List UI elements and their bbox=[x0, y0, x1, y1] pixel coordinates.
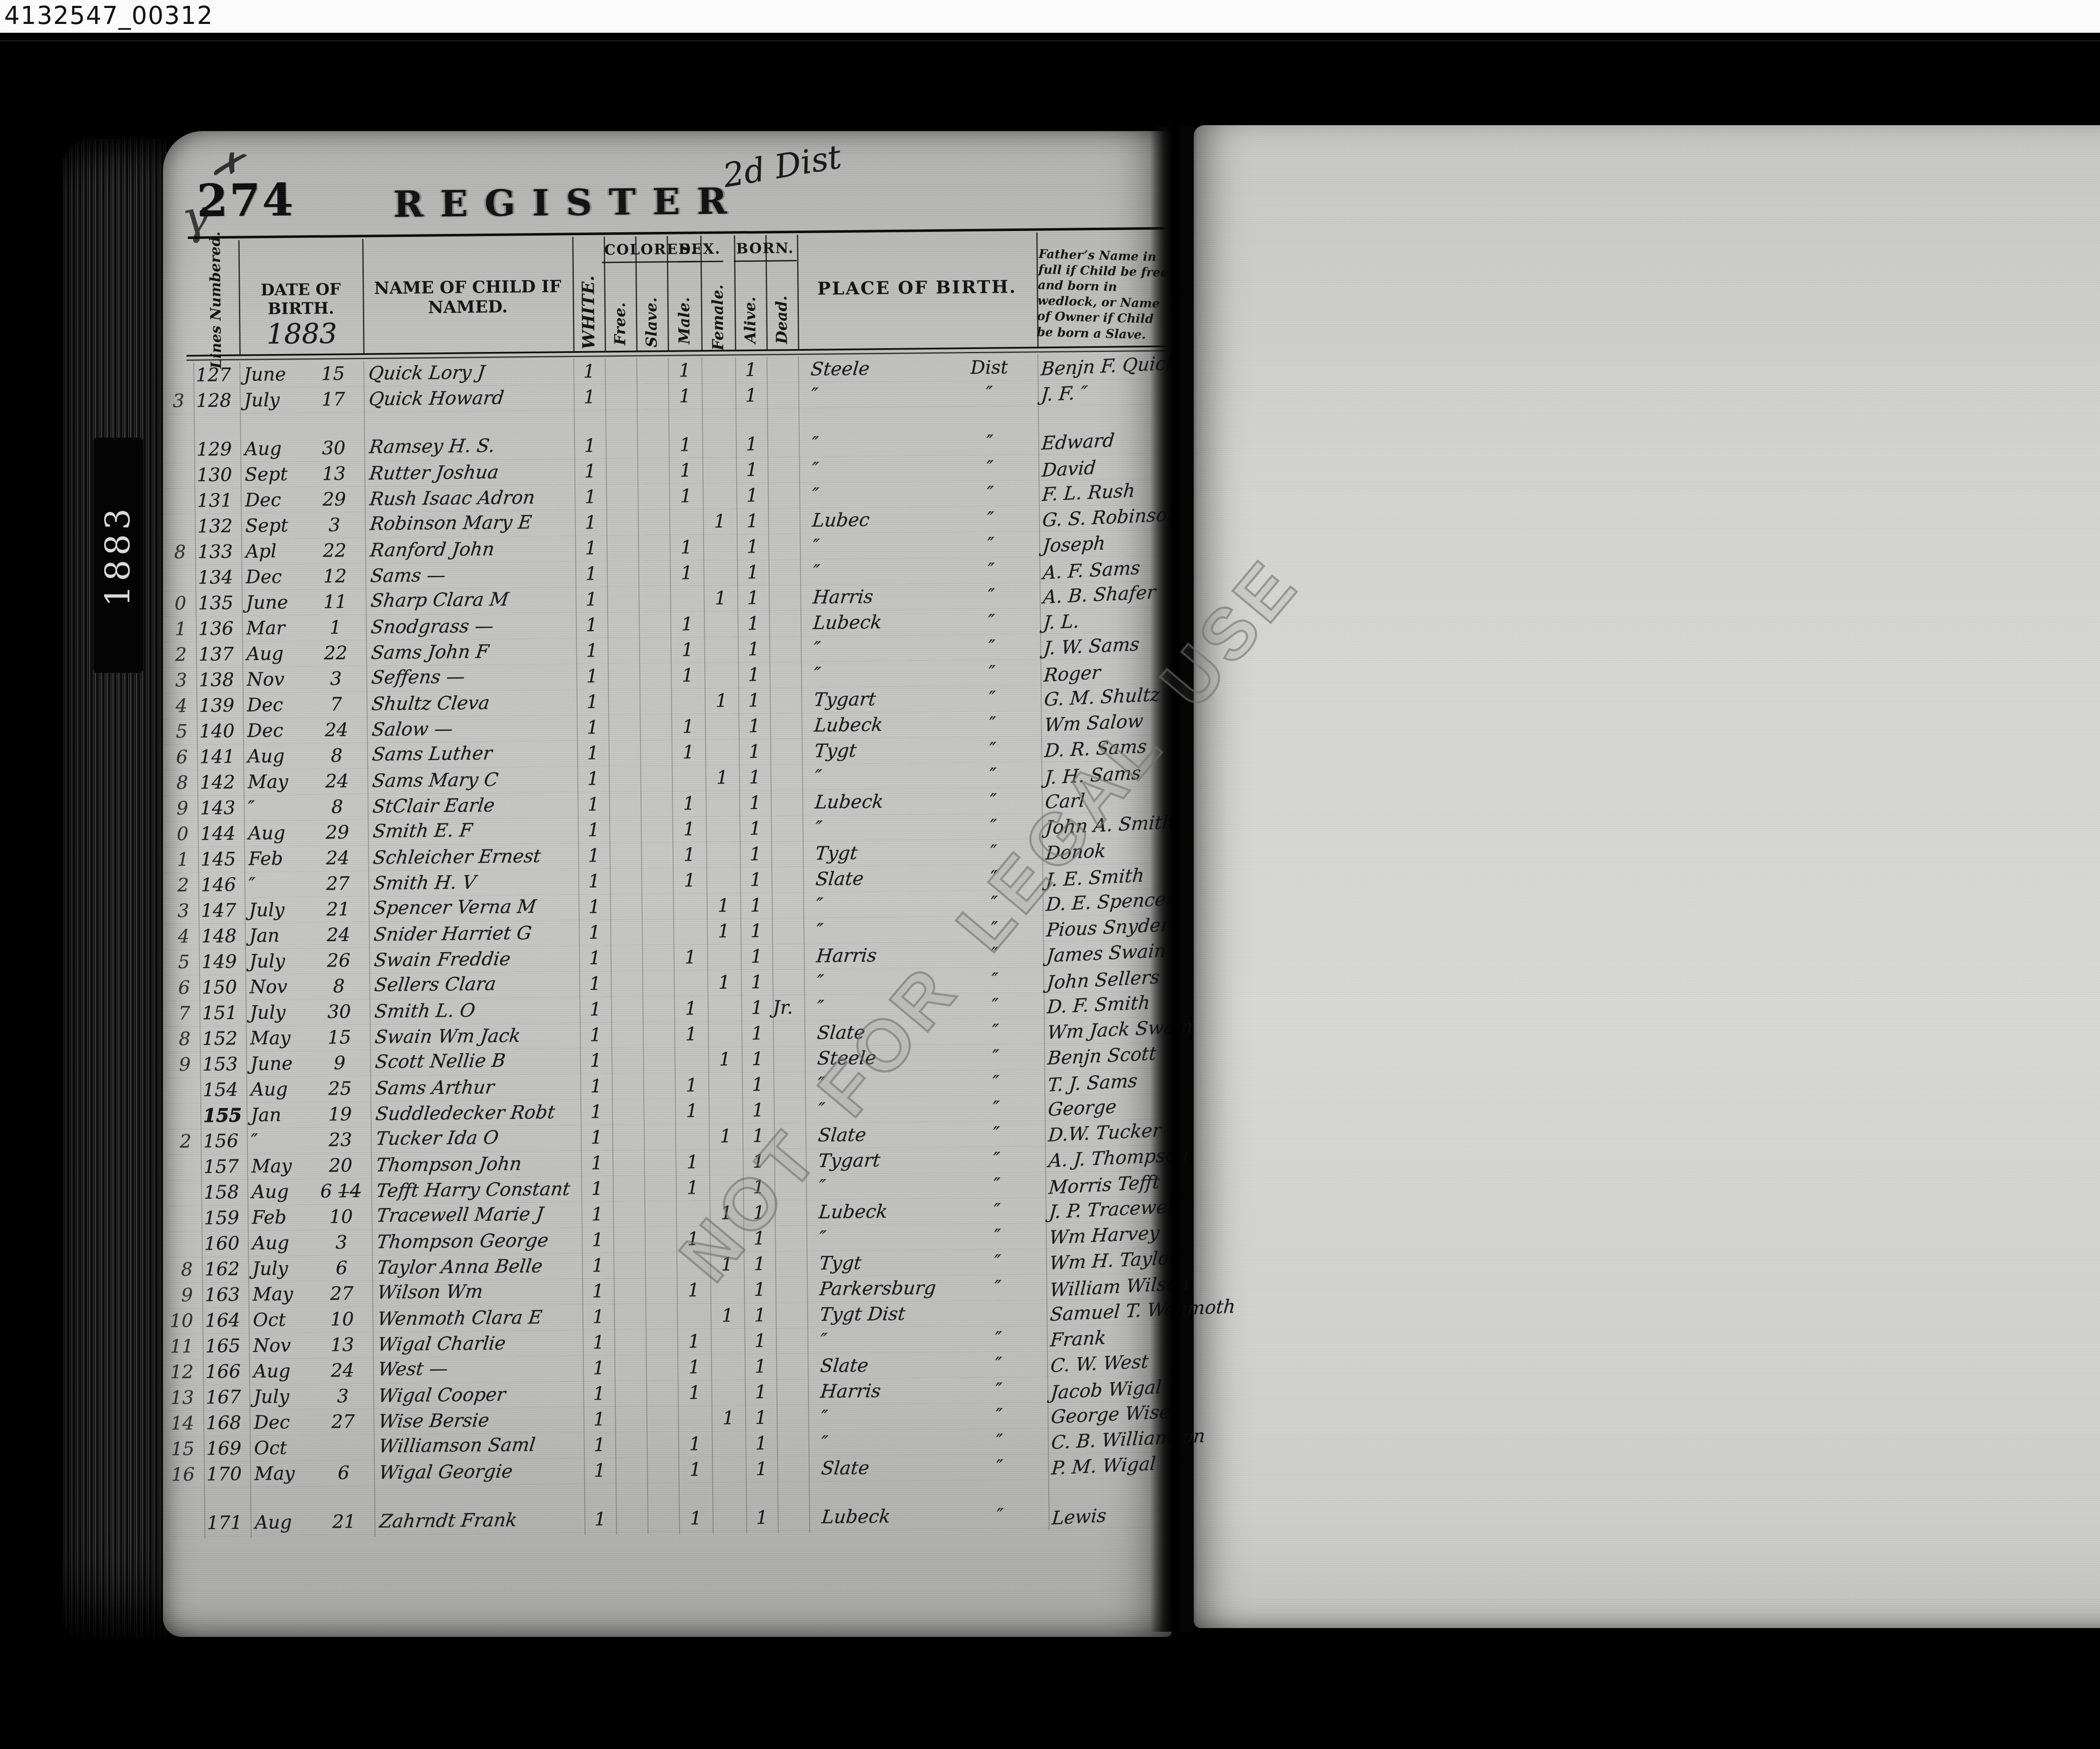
cell-dead-mark bbox=[771, 828, 803, 828]
cell-place-district: ″ bbox=[944, 712, 1041, 735]
cell-male-mark: 1 bbox=[675, 1074, 708, 1096]
cell-female-mark bbox=[709, 1162, 743, 1162]
cell-white-mark: 1 bbox=[583, 1357, 614, 1379]
cell-child-name: Rutter Joshua bbox=[363, 461, 576, 484]
cell-alive-mark: 1 bbox=[739, 741, 770, 763]
cell-place-of-birth: ″ bbox=[803, 995, 948, 1018]
cell-place-district: ″ bbox=[944, 661, 1040, 683]
cell-place-of-birth: Tygt Dist bbox=[806, 1303, 951, 1326]
cell-place-district: ″ bbox=[944, 687, 1041, 709]
cell-female-mark bbox=[710, 1239, 743, 1239]
cell-dead-mark bbox=[778, 1517, 809, 1518]
cell-place-of-birth: Tygt bbox=[802, 842, 947, 864]
cell-slave-mark bbox=[643, 1008, 674, 1009]
cell-male-mark bbox=[670, 599, 704, 599]
cell-alive-mark: 1 bbox=[735, 385, 767, 407]
cell-line-number: 154 bbox=[200, 1079, 247, 1101]
cell-male-mark: 1 bbox=[668, 385, 702, 407]
margin-line-number: 16 bbox=[170, 1464, 204, 1486]
cell-place-district: ″ bbox=[950, 1250, 1046, 1273]
male-column-header: Male. bbox=[675, 297, 693, 344]
cell-slave-mark bbox=[647, 1470, 679, 1470]
cell-male-mark bbox=[673, 906, 707, 906]
cell-male-mark: 1 bbox=[674, 998, 708, 1019]
cell-free-mark bbox=[611, 1009, 643, 1009]
cell-male-mark: 1 bbox=[669, 460, 702, 481]
cell-place-of-birth: Lubeck bbox=[808, 1505, 953, 1528]
cell-male-mark: 1 bbox=[670, 562, 703, 584]
cell-line-number: 160 bbox=[202, 1233, 248, 1255]
cell-slave-mark bbox=[646, 1418, 678, 1419]
cell-line-number: 148 bbox=[199, 925, 245, 947]
cell-place-district: ″ bbox=[942, 482, 1039, 504]
cell-slave-mark bbox=[639, 624, 670, 625]
cell-male-mark: 1 bbox=[669, 536, 703, 558]
cell-place-district: ″ bbox=[941, 382, 1038, 404]
cell-white-mark: 1 bbox=[576, 665, 608, 687]
cell-white-mark: 1 bbox=[579, 947, 611, 969]
cell-place-of-birth: ″ bbox=[800, 637, 945, 659]
cell-white-mark: 1 bbox=[582, 1255, 614, 1276]
cell-birth-day: 1 bbox=[305, 617, 366, 638]
cell-female-mark bbox=[702, 396, 735, 396]
cell-child-name: Salow — bbox=[366, 717, 578, 741]
cell-free-mark bbox=[614, 1342, 646, 1342]
cell-child-name: Snodgrass — bbox=[365, 615, 577, 638]
cell-child-name: Wigal Georgie bbox=[373, 1460, 585, 1484]
margin-line-number: 1 bbox=[164, 849, 198, 871]
cell-birth-month: Nov bbox=[249, 1334, 312, 1356]
cell-female-mark bbox=[703, 496, 736, 496]
cell-alive-mark: 1 bbox=[743, 1202, 774, 1224]
margin-line-number: 3 bbox=[163, 670, 196, 691]
cell-free-mark bbox=[613, 1214, 645, 1214]
cell-birth-month: Aug bbox=[243, 745, 306, 767]
cell-line-number: 168 bbox=[203, 1412, 249, 1434]
cell-line-number: 149 bbox=[199, 951, 245, 973]
cell-female-mark bbox=[713, 1518, 746, 1518]
cell-place-district: ″ bbox=[942, 456, 1038, 478]
cell-slave-mark bbox=[645, 1239, 676, 1240]
cell-free-mark bbox=[607, 573, 638, 574]
cell-female-mark: 1 bbox=[705, 767, 739, 788]
cell-birth-day: 24 bbox=[308, 924, 369, 946]
cell-slave-mark bbox=[644, 1162, 675, 1163]
cell-male-mark bbox=[669, 522, 703, 522]
cell-dead-mark bbox=[769, 597, 801, 598]
cell-place-district: ″ bbox=[946, 866, 1042, 888]
cell-free-mark bbox=[614, 1368, 646, 1368]
cell-male-mark: 1 bbox=[677, 1356, 711, 1378]
cell-female-mark bbox=[709, 1187, 743, 1188]
cell-male-mark: 1 bbox=[671, 639, 704, 661]
cell-birth-day: 15 bbox=[309, 1027, 370, 1048]
book-gutter bbox=[1150, 126, 1197, 1632]
cell-free-mark bbox=[610, 906, 642, 907]
scan-artifact-line bbox=[0, 40, 2100, 41]
cell-free-mark bbox=[606, 548, 638, 548]
cell-child-name: Sellers Clara bbox=[368, 972, 581, 996]
cell-alive-mark: 1 bbox=[737, 587, 769, 609]
cell-white-mark: 1 bbox=[574, 435, 606, 457]
cell-birth-day: 9 bbox=[309, 1052, 370, 1074]
cell-child-name: West — bbox=[372, 1357, 585, 1380]
cell-free-mark bbox=[614, 1316, 646, 1317]
cell-free-mark bbox=[610, 932, 642, 932]
cell-child-name: Tefft Harry Constant bbox=[370, 1178, 583, 1202]
cell-birth-day: 30 bbox=[303, 437, 364, 459]
cell-child-name: Wilson Wm bbox=[371, 1280, 584, 1303]
cell-dead-mark bbox=[777, 1392, 808, 1392]
cell-alive-mark: 1 bbox=[735, 359, 766, 381]
cell-dead-mark bbox=[771, 802, 802, 803]
register-row: 171 Aug 21 Zahrndt Frank 1 1 1 Lubeck ″ … bbox=[171, 1501, 1179, 1536]
cell-male-mark: 1 bbox=[671, 664, 704, 686]
father-name-header: Father’s Name in full if Child be free a… bbox=[1037, 246, 1169, 343]
cell-dead-mark bbox=[774, 1084, 805, 1085]
cell-slave-mark bbox=[643, 1034, 675, 1035]
cell-line-number: 139 bbox=[197, 695, 243, 717]
cell-child-name: StClair Earle bbox=[366, 794, 579, 817]
cell-child-name: Tracewell Marie J bbox=[370, 1203, 583, 1226]
cell-alive-mark: 1 bbox=[740, 843, 771, 865]
cell-birth-month: Feb bbox=[247, 1206, 310, 1228]
cell-alive-mark: 1 bbox=[743, 1151, 774, 1173]
page-number: 274 bbox=[197, 173, 295, 226]
cell-place-of-birth: Harris bbox=[807, 1380, 952, 1402]
cell-free-mark bbox=[606, 496, 638, 497]
cell-place-district: ″ bbox=[948, 1045, 1044, 1068]
cell-birth-month: July bbox=[248, 1258, 311, 1279]
cell-male-mark: 1 bbox=[678, 1433, 712, 1455]
cell-line-number: 170 bbox=[204, 1463, 250, 1485]
cell-alive-mark: 1 bbox=[746, 1507, 777, 1529]
scan-header-strip: 4132547_00312 bbox=[0, 0, 2100, 33]
cell-dead-mark bbox=[770, 751, 802, 751]
cell-dead-mark bbox=[777, 1468, 809, 1469]
cell-male-mark: 1 bbox=[676, 1228, 710, 1250]
margin-line-number: 13 bbox=[170, 1387, 203, 1409]
cell-place-district: ″ bbox=[947, 969, 1043, 991]
cell-female-mark bbox=[704, 649, 738, 650]
cell-free-mark bbox=[610, 881, 641, 881]
margin-line-number: 3 bbox=[160, 390, 194, 412]
cell-line-number: 166 bbox=[203, 1361, 249, 1383]
cell-dead-mark bbox=[772, 956, 804, 956]
cell-free-mark bbox=[609, 778, 640, 779]
cell-slave-mark bbox=[646, 1342, 677, 1342]
cell-place-district: ″ bbox=[948, 1148, 1045, 1170]
cell-alive-mark: 1 bbox=[741, 972, 772, 993]
cell-male-mark bbox=[678, 1418, 711, 1419]
cell-birth-day: 29 bbox=[307, 822, 368, 843]
cell-alive-mark: 1 bbox=[741, 997, 773, 1019]
cell-free-mark bbox=[609, 830, 641, 830]
cell-birth-month: Feb bbox=[244, 848, 307, 869]
cell-place-of-birth: Lubec bbox=[798, 509, 943, 531]
cell-female-mark bbox=[710, 1290, 744, 1290]
cell-male-mark: 1 bbox=[674, 1023, 708, 1045]
cell-place-district: ″ bbox=[945, 789, 1042, 811]
cell-birth-day: 24 bbox=[312, 1360, 373, 1381]
margin-line-number: 4 bbox=[165, 926, 199, 948]
cell-slave-mark bbox=[646, 1393, 678, 1393]
cell-slave-mark bbox=[640, 778, 672, 778]
cell-female-mark: 1 bbox=[707, 972, 741, 993]
cell-place-of-birth: Slate bbox=[804, 1124, 949, 1146]
cell-place-of-birth: ″ bbox=[804, 1072, 949, 1095]
cell-free-mark bbox=[608, 701, 640, 702]
cell-female-mark bbox=[703, 470, 736, 470]
margin-line-number bbox=[161, 526, 195, 527]
cell-slave-mark bbox=[641, 855, 672, 855]
cell-line-number: 133 bbox=[195, 541, 241, 563]
cell-place-of-birth: Lubeck bbox=[801, 714, 945, 736]
cell-male-mark: 1 bbox=[669, 434, 702, 456]
cell-female-mark bbox=[711, 1367, 745, 1367]
cell-slave-mark bbox=[642, 906, 673, 906]
cell-line-number: 156 bbox=[201, 1130, 247, 1152]
cell-child-name: Smith H. V bbox=[367, 871, 580, 894]
cell-place-of-birth: Slate bbox=[803, 1021, 948, 1044]
cell-place-of-birth: Steele bbox=[804, 1047, 949, 1069]
cell-slave-mark bbox=[638, 496, 669, 496]
cell-line-number: 138 bbox=[196, 669, 242, 691]
cell-white-mark: 1 bbox=[575, 537, 606, 559]
cell-white-mark: 1 bbox=[575, 563, 607, 585]
cell-child-name: Sharp Clara M bbox=[365, 588, 577, 612]
cell-line-number: 150 bbox=[199, 977, 245, 998]
cell-alive-mark: 1 bbox=[745, 1458, 777, 1480]
cell-slave-mark bbox=[645, 1213, 676, 1214]
cell-male-mark: 1 bbox=[675, 1151, 709, 1173]
cell-slave-mark bbox=[642, 932, 673, 932]
cell-child-name: Sams Luther bbox=[366, 742, 578, 765]
cell-place-of-birth: ″ bbox=[802, 893, 947, 916]
cell-birth-day: 6 bbox=[311, 1257, 372, 1279]
cell-birth-day: 3 bbox=[311, 1232, 372, 1253]
cell-place-district: ″ bbox=[944, 636, 1040, 658]
cell-line-number: 140 bbox=[197, 720, 243, 742]
cell-white-mark: 1 bbox=[580, 998, 611, 1020]
cell-slave-mark bbox=[643, 1085, 675, 1086]
cell-free-mark bbox=[611, 958, 642, 958]
cell-female-mark bbox=[712, 1469, 746, 1470]
spine-year-text: 1883 bbox=[99, 504, 138, 607]
cell-white-mark: 1 bbox=[578, 896, 610, 918]
cell-birth-month: July bbox=[240, 389, 303, 411]
cell-dead-mark bbox=[769, 572, 800, 572]
cell-alive-mark: 1 bbox=[738, 690, 770, 712]
cell-line-number: 171 bbox=[204, 1512, 250, 1534]
cell-female-mark: 1 bbox=[710, 1253, 744, 1275]
cell-male-mark: 1 bbox=[675, 1100, 709, 1122]
cell-white-mark: 1 bbox=[584, 1460, 615, 1481]
register-sheet: ✗ γ 274 REGISTER 2d Dist COLORED. SEX. B… bbox=[157, 126, 1181, 1642]
column-rule bbox=[572, 237, 575, 352]
margin-line-number: 9 bbox=[166, 1054, 200, 1076]
cell-slave-mark bbox=[647, 1444, 678, 1444]
cell-dead-mark bbox=[772, 905, 803, 905]
cell-alive-mark: 1 bbox=[744, 1330, 776, 1352]
column-rules bbox=[157, 126, 1166, 136]
cell-birth-day: 25 bbox=[310, 1078, 370, 1100]
cell-line-number: 163 bbox=[202, 1284, 248, 1306]
cell-dead-mark bbox=[769, 623, 801, 623]
cell-white-mark: 1 bbox=[577, 742, 609, 764]
cell-birth-month: ″ bbox=[247, 1129, 310, 1151]
cell-alive-mark: 1 bbox=[740, 869, 772, 891]
cell-dead-mark bbox=[767, 395, 798, 395]
cell-white-mark: 1 bbox=[577, 768, 609, 790]
cell-female-mark bbox=[702, 444, 736, 445]
cell-place-of-birth: Slate bbox=[807, 1354, 952, 1377]
blank-right-page bbox=[1194, 125, 2100, 1628]
margin-line-number: 2 bbox=[163, 644, 196, 666]
cell-male-mark: 1 bbox=[677, 1331, 711, 1352]
cell-child-name: Sams Arthur bbox=[369, 1076, 582, 1099]
cell-female-mark: 1 bbox=[708, 1048, 742, 1070]
margin-line-number bbox=[160, 375, 193, 376]
cell-alive-mark: 1 bbox=[739, 767, 770, 788]
cell-line-number: 131 bbox=[194, 490, 241, 512]
cell-birth-month: ″ bbox=[244, 796, 307, 818]
cell-female-mark: 1 bbox=[705, 690, 738, 712]
cell-alive-mark: 1 bbox=[736, 485, 768, 507]
cell-birth-month: July bbox=[246, 1001, 309, 1023]
cell-female-mark bbox=[706, 854, 740, 855]
cell-place-district: ″ bbox=[945, 840, 1042, 863]
cell-birth-month: Aug bbox=[247, 1181, 310, 1203]
cell-birth-day: 24 bbox=[307, 847, 368, 869]
cell-place-of-birth: ″ bbox=[798, 432, 943, 454]
cell-male-mark: 1 bbox=[669, 485, 703, 507]
cell-white-mark: 1 bbox=[581, 1152, 612, 1174]
cell-place-of-birth: Tygart bbox=[801, 688, 945, 711]
cell-line-number: 127 bbox=[193, 364, 239, 386]
cell-female-mark bbox=[708, 1034, 742, 1034]
cell-slave-mark bbox=[638, 470, 669, 471]
cell-white-mark: 1 bbox=[581, 1178, 613, 1200]
margin-line-number bbox=[168, 1192, 201, 1193]
cell-birth-day: 6 bbox=[313, 1462, 374, 1484]
cell-place-district bbox=[950, 1313, 1047, 1313]
cell-slave-mark bbox=[648, 1518, 679, 1519]
cell-alive-mark: 1 bbox=[738, 664, 769, 686]
cell-dead-mark bbox=[777, 1443, 808, 1443]
cell-slave-mark bbox=[636, 370, 668, 371]
cell-birth-month: May bbox=[248, 1283, 311, 1305]
cell-birth-month: Sept bbox=[241, 515, 304, 536]
cell-birth-day: 22 bbox=[304, 540, 365, 562]
cell-birth-month: July bbox=[244, 899, 307, 921]
cell-place-of-birth: Slate bbox=[802, 867, 947, 890]
margin-line-number: 4 bbox=[163, 695, 197, 717]
cell-male-mark: 1 bbox=[674, 946, 707, 968]
cell-line-number: 164 bbox=[202, 1310, 249, 1331]
cell-line-number: 142 bbox=[197, 772, 244, 793]
cell-dead-mark bbox=[773, 1033, 805, 1033]
cell-free-mark bbox=[606, 445, 637, 446]
cell-male-mark: 1 bbox=[672, 818, 706, 840]
cell-female-mark bbox=[704, 675, 738, 675]
cell-female-mark bbox=[703, 547, 737, 547]
cell-place-of-birth: ″ bbox=[803, 970, 948, 993]
cell-white-mark: 1 bbox=[584, 1508, 616, 1530]
cell-birth-month: July bbox=[245, 950, 308, 972]
cell-child-name: Tucker Ida O bbox=[370, 1126, 582, 1150]
cell-free-mark bbox=[609, 855, 641, 856]
cell-alive-mark: 1 bbox=[745, 1381, 777, 1403]
cell-alive-mark: 1 bbox=[743, 1177, 774, 1198]
margin-line-number: 3 bbox=[165, 900, 198, 922]
cell-child-name: Rush Isaac Adron bbox=[363, 486, 576, 510]
cell-free-mark bbox=[612, 1060, 643, 1061]
cell-birth-month: Aug bbox=[247, 1078, 310, 1100]
cell-place-of-birth: Harris bbox=[799, 586, 944, 608]
cell-white-mark: 1 bbox=[574, 460, 606, 482]
cell-child-name: Smith L. O bbox=[368, 999, 581, 1022]
margin-line-number bbox=[160, 449, 194, 450]
cell-alive-mark: 1 bbox=[743, 1228, 775, 1250]
cell-alive-mark: 1 bbox=[738, 638, 769, 660]
cell-child-name: Swain Wm Jack bbox=[369, 1024, 581, 1048]
cell-dead-mark bbox=[768, 469, 799, 470]
page-title: REGISTER bbox=[393, 180, 721, 226]
cell-female-mark bbox=[711, 1392, 745, 1393]
cell-birth-day: 21 bbox=[313, 1511, 374, 1533]
cell-line-number: 135 bbox=[195, 592, 241, 614]
cell-white-mark: 1 bbox=[575, 486, 606, 508]
cell-female-mark: 1 bbox=[711, 1407, 745, 1429]
cell-birth-day: 22 bbox=[305, 642, 366, 664]
cell-free-mark bbox=[614, 1265, 645, 1266]
cell-place-district: ″ bbox=[942, 507, 1039, 530]
cell-father-name: J. F. ″ bbox=[1037, 378, 1169, 406]
cell-place-district: ″ bbox=[950, 1353, 1047, 1375]
cell-dead-mark bbox=[776, 1315, 807, 1315]
cell-free-mark bbox=[609, 727, 640, 727]
cell-slave-mark bbox=[641, 880, 673, 881]
cell-slave-mark bbox=[644, 1188, 676, 1188]
cell-male-mark: 1 bbox=[672, 844, 706, 866]
cell-slave-mark bbox=[639, 675, 671, 676]
cell-female-mark: 1 bbox=[711, 1305, 744, 1326]
cell-line-number: 130 bbox=[194, 464, 240, 486]
cell-birth-day bbox=[313, 1447, 374, 1447]
margin-line-number bbox=[171, 1523, 205, 1523]
cell-male-mark bbox=[677, 1265, 710, 1265]
cell-male-mark: 1 bbox=[670, 613, 704, 635]
margin-line-number: 6 bbox=[163, 746, 197, 768]
cell-place-of-birth: Parkersburg bbox=[806, 1277, 951, 1300]
cell-female-mark bbox=[709, 1111, 742, 1111]
margin-line-number bbox=[162, 578, 195, 578]
cell-child-name: Scott Nellie B bbox=[369, 1049, 582, 1073]
cell-alive-mark: 1 bbox=[737, 562, 769, 583]
cell-white-mark: 1 bbox=[583, 1383, 615, 1405]
cell-alive-mark: 1 bbox=[742, 1100, 774, 1121]
cell-slave-mark bbox=[645, 1290, 677, 1291]
margin-line-number: 6 bbox=[165, 977, 199, 999]
cell-place-district: ″ bbox=[951, 1455, 1048, 1478]
margin-line-number: 5 bbox=[163, 721, 197, 743]
cell-birth-month: Oct bbox=[249, 1309, 312, 1331]
cell-place-district: ″ bbox=[945, 764, 1041, 786]
cell-male-mark bbox=[676, 1213, 710, 1214]
cell-free-mark bbox=[608, 650, 639, 651]
cell-birth-day: 3 bbox=[305, 668, 366, 690]
